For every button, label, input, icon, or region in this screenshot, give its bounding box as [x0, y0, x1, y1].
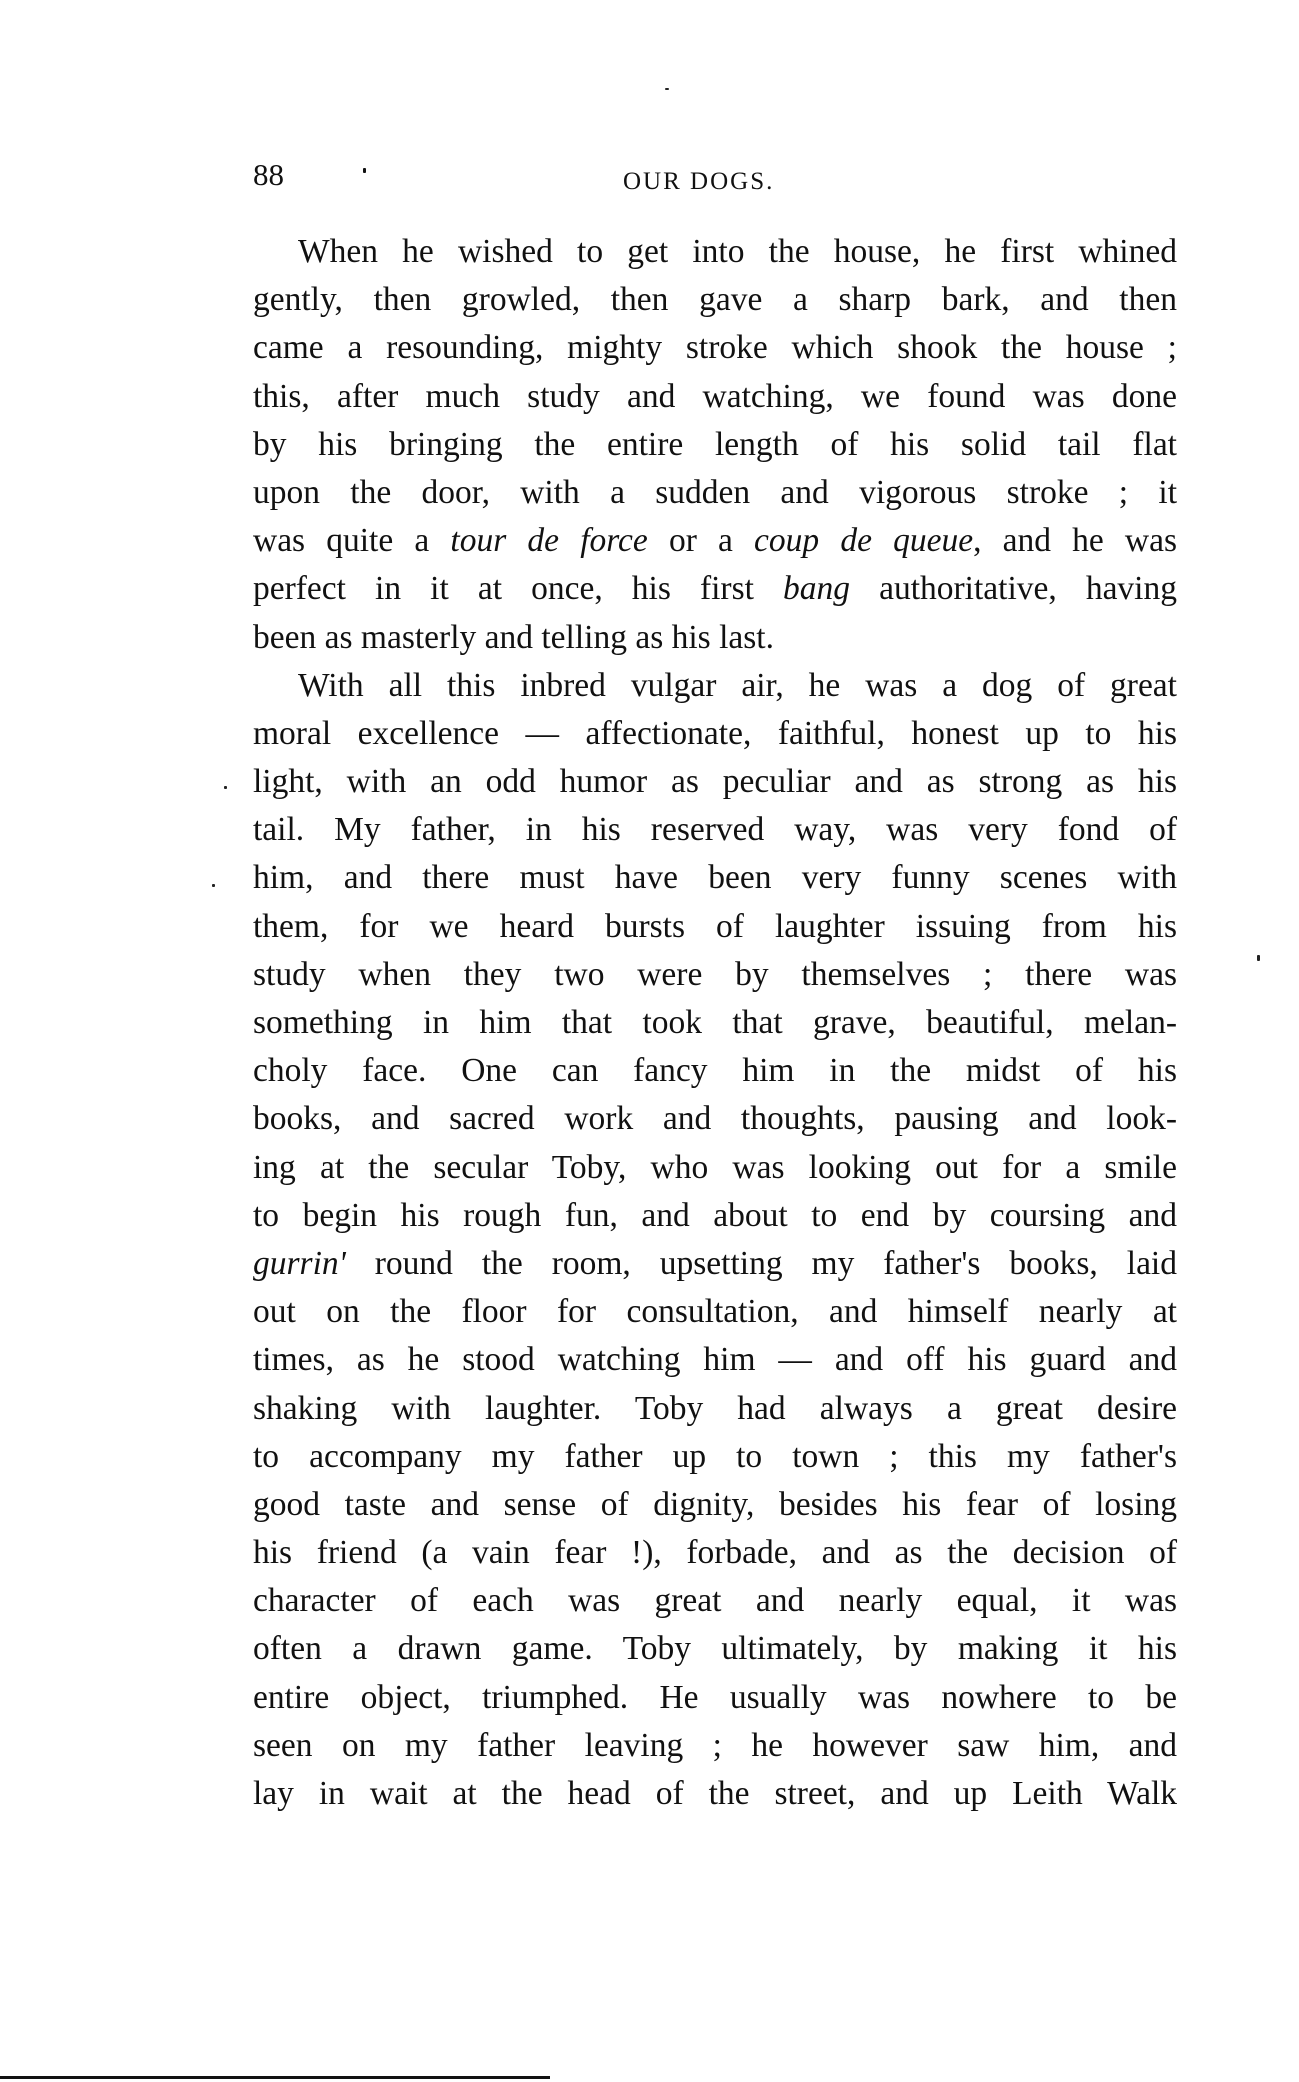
text-line: ing at the secular Toby, who was looking… — [253, 1144, 1177, 1192]
text-line: been as masterly and telling as his last… — [253, 614, 1177, 662]
text-line: his friend (a vain fear !), forbade, and… — [253, 1529, 1177, 1577]
text-line: entire object, triumphed. He usually was… — [253, 1674, 1177, 1722]
text-line: shaking with laughter. Toby had always a… — [253, 1385, 1177, 1433]
text-line: light, with an odd humor as peculiar and… — [253, 758, 1177, 806]
text-line: upon the door, with a sudden and vigorou… — [253, 469, 1177, 517]
text-line: study when they two were by themselves ;… — [253, 951, 1177, 999]
text-run: or a — [648, 522, 754, 559]
scan-speck — [224, 786, 227, 789]
italic-phrase: bang — [783, 570, 850, 607]
scan-speck — [1257, 955, 1260, 961]
text-line: lay in wait at the head of the street, a… — [253, 1770, 1177, 1818]
header-dot — [363, 168, 366, 173]
text-line: When he wished to get into the house, he… — [253, 228, 1177, 276]
text-line: something in him that took that grave, b… — [253, 999, 1177, 1047]
page-number: 88 — [253, 158, 284, 192]
text-line: them, for we heard bursts of laughter is… — [253, 903, 1177, 951]
scan-speck — [212, 884, 215, 887]
text-line: often a drawn game. Toby ultimately, by … — [253, 1625, 1177, 1673]
text-line: gently, then growled, then gave a sharp … — [253, 276, 1177, 324]
text-line: by his bringing the entire length of his… — [253, 421, 1177, 469]
text-run: authoritative, having — [850, 570, 1177, 607]
text-line: perfect in it at once, his first bang au… — [253, 565, 1177, 613]
page-header: 88 OUR DOGS. — [253, 158, 1177, 198]
text-line: character of each was great and nearly e… — [253, 1577, 1177, 1625]
text-line: seen on my father leaving ; he however s… — [253, 1722, 1177, 1770]
text-line: tail. My father, in his reserved way, wa… — [253, 806, 1177, 854]
text-line: was quite a tour de force or a coup de q… — [253, 517, 1177, 565]
italic-phrase: coup de queue — [754, 522, 973, 559]
text-line: gurrin' round the room, upsetting my fat… — [253, 1240, 1177, 1288]
running-title: OUR DOGS. — [623, 166, 774, 198]
text-run: , and he was — [973, 522, 1177, 559]
italic-phrase: tour de force — [450, 522, 647, 559]
text-line: books, and sacred work and thoughts, pau… — [253, 1095, 1177, 1143]
paragraph: When he wished to get into the house, he… — [253, 228, 1177, 662]
scan-edge-rule — [0, 2076, 550, 2079]
text-line: choly face. One can fancy him in the mid… — [253, 1047, 1177, 1095]
text-line: to begin his rough fun, and about to end… — [253, 1192, 1177, 1240]
text-line: this, after much study and watching, we … — [253, 373, 1177, 421]
body-text: When he wished to get into the house, he… — [253, 228, 1177, 1818]
text-run: was quite a — [253, 522, 450, 559]
text-line: good taste and sense of dignity, besides… — [253, 1481, 1177, 1529]
text-line: him, and there must have been very funny… — [253, 854, 1177, 902]
paragraph: With all this inbred vulgar air, he was … — [253, 662, 1177, 1819]
text-line: came a resounding, mighty stroke which s… — [253, 324, 1177, 372]
text-line: out on the floor for consultation, and h… — [253, 1288, 1177, 1336]
text-run: perfect in it at once, his first — [253, 570, 783, 607]
italic-phrase: gurrin' — [253, 1245, 346, 1282]
text-line: With all this inbred vulgar air, he was … — [253, 662, 1177, 710]
text-line: moral excellence — affectionate, faithfu… — [253, 710, 1177, 758]
text-line: times, as he stood watching him — and of… — [253, 1336, 1177, 1384]
scan-speck — [665, 88, 669, 90]
text-line: to accompany my father up to town ; this… — [253, 1433, 1177, 1481]
text-run: round the room, upsetting my father's bo… — [346, 1245, 1177, 1282]
